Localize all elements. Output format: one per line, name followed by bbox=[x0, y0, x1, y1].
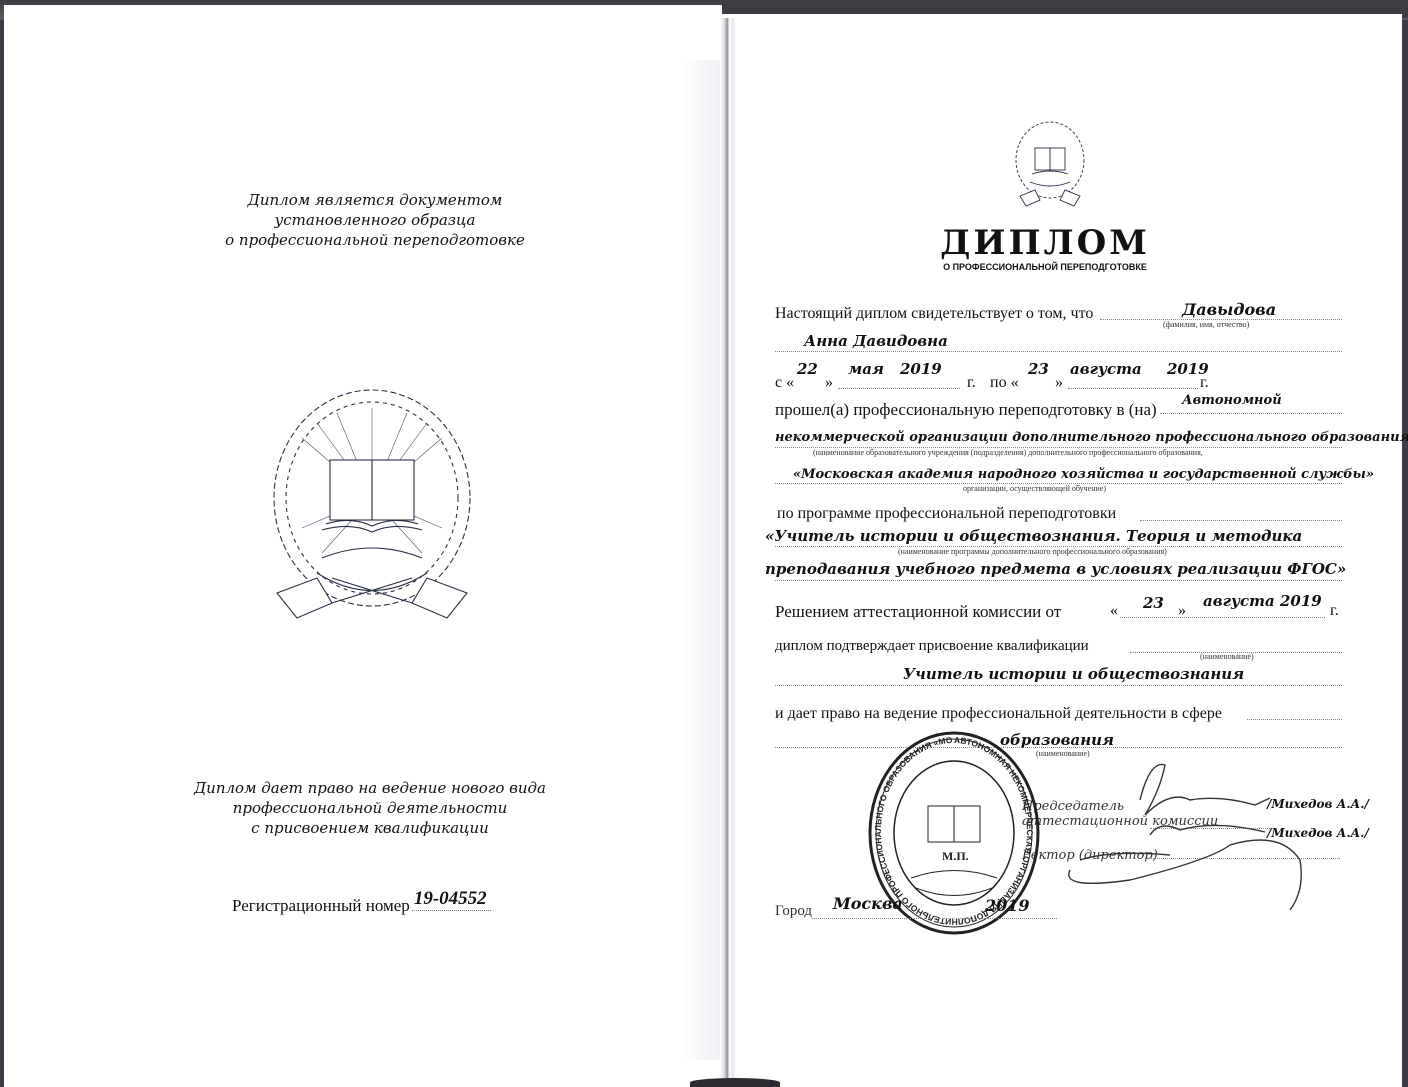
diploma-intro-text: Диплом является документом установленног… bbox=[200, 190, 550, 250]
fill-line bbox=[1247, 719, 1342, 720]
quote-close: » bbox=[825, 374, 833, 392]
decision-open: « bbox=[1110, 602, 1118, 620]
org-hint-2: организации, осуществляющей обучение) bbox=[963, 484, 1106, 493]
page-fold bbox=[720, 18, 736, 1087]
city-label: Город bbox=[775, 903, 812, 920]
seal-mark: М.П. bbox=[942, 849, 969, 863]
decision-day: 23 bbox=[1143, 594, 1164, 612]
certify-text: Настоящий диплом свидетельствует о том, … bbox=[775, 305, 1093, 323]
graduate-surname: Давыдова bbox=[1182, 300, 1276, 319]
decision-text: Решением аттестационной комиссии от bbox=[775, 602, 1061, 622]
org-line-3: «Московская академия народного хозяйства… bbox=[793, 467, 1374, 482]
program-text: по программе профессиональной переподгот… bbox=[777, 505, 1116, 523]
rights-line: профессиональной деятельности bbox=[190, 798, 550, 818]
fill-line bbox=[812, 918, 1057, 919]
qualification-hint: (наименование) bbox=[1200, 652, 1254, 661]
decision-month: августа bbox=[1203, 592, 1275, 610]
intro-line: о профессиональной переподготовке bbox=[200, 230, 550, 250]
sphere-hint: (наименование) bbox=[1036, 749, 1090, 758]
period-to-prefix: по « bbox=[990, 374, 1019, 392]
qualification: Учитель истории и обществознания bbox=[903, 665, 1244, 683]
to-suffix: г. bbox=[1200, 374, 1209, 392]
fill-line bbox=[1068, 388, 1198, 389]
decision-suffix: г. bbox=[1330, 602, 1339, 620]
rights-text: и дает право на ведение профессиональной… bbox=[775, 705, 1222, 723]
academy-emblem-small bbox=[1010, 118, 1090, 208]
org-hint-1: (наименование образовательного учреждени… bbox=[813, 448, 1203, 457]
quote-close: » bbox=[1055, 374, 1063, 392]
period-from-day: 22 bbox=[797, 360, 818, 378]
fill-line bbox=[775, 351, 1342, 352]
intro-line: установленного образца bbox=[200, 210, 550, 230]
decision-year: 2019 bbox=[1280, 592, 1322, 610]
period-from-month: мая bbox=[848, 360, 884, 378]
fill-line bbox=[1120, 617, 1325, 618]
program-line-1: «Учитель истории и обществознания. Теори… bbox=[765, 527, 1302, 545]
registration-label: Регистрационный номер bbox=[232, 896, 410, 915]
program-hint: (наименование программы дополнительного … bbox=[898, 547, 1167, 556]
period-to-month: августа bbox=[1070, 360, 1142, 378]
academy-emblem bbox=[262, 378, 482, 628]
org-line-1: Автономной bbox=[1182, 393, 1282, 408]
org-line-2: некоммерческой организации дополнительно… bbox=[775, 430, 1408, 445]
program-line-2: преподавания учебного предмета в условия… bbox=[765, 560, 1346, 578]
fill-line bbox=[775, 747, 1342, 748]
intro-line: Диплом является документом bbox=[200, 190, 550, 210]
signature-scribble bbox=[1050, 760, 1350, 910]
period-to-day: 23 bbox=[1028, 360, 1049, 378]
page-fold-shade bbox=[680, 60, 724, 1060]
diploma-title: ДИПЛОМ bbox=[920, 223, 1170, 263]
name-hint: (фамилия, имя, отчество) bbox=[1163, 320, 1249, 329]
diploma-subtitle: О ПРОФЕССИОНАЛЬНОЙ ПЕРЕПОДГОТОВКЕ bbox=[900, 262, 1190, 272]
fill-line bbox=[775, 685, 1342, 686]
registration-number-row: Регистрационный номер19-04552 bbox=[232, 895, 491, 918]
rights-line: с присвоением квалификации bbox=[190, 818, 550, 838]
year-suffix: г. bbox=[967, 374, 976, 392]
period-from-prefix: с « bbox=[775, 374, 794, 392]
period-from-year: 2019 bbox=[900, 360, 942, 378]
registration-number: 19-04552 bbox=[412, 888, 491, 911]
rights-line: Диплом дает право на ведение нового вида bbox=[190, 778, 550, 798]
fill-line bbox=[838, 388, 960, 389]
passed-text: прошел(а) профессиональную переподготовк… bbox=[775, 400, 1157, 420]
fill-line bbox=[1160, 413, 1342, 414]
city-year: 2019 bbox=[985, 896, 1030, 915]
fill-line bbox=[775, 580, 1342, 581]
fill-line bbox=[1140, 520, 1342, 521]
scan-background-bottom bbox=[690, 1078, 780, 1087]
confirms-text: диплом подтверждает присвоение квалифика… bbox=[775, 638, 1089, 655]
city: Москва bbox=[833, 894, 903, 913]
graduate-name-patronymic: Анна Давидовна bbox=[804, 332, 948, 350]
diploma-rights-text: Диплом дает право на ведение нового вида… bbox=[190, 778, 550, 838]
